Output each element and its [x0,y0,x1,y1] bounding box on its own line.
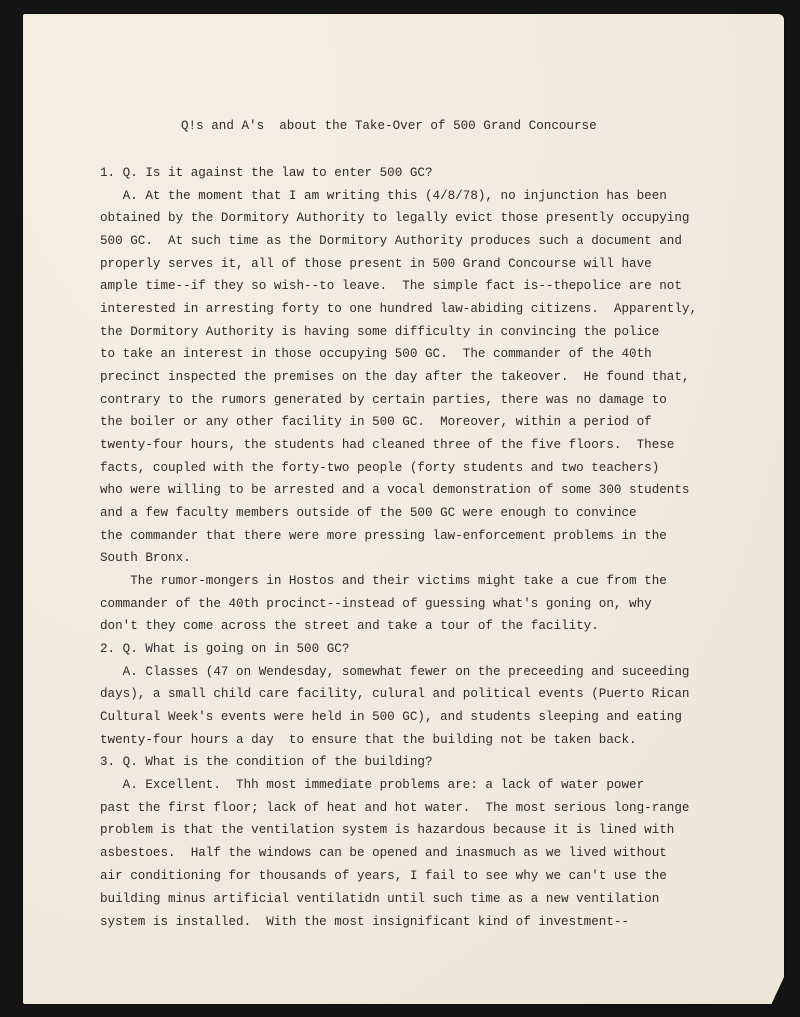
question-1: 1. Q. Is it against the law to enter 500… [100,163,433,183]
answer-3-line: building minus artificial ventilatidn un… [100,889,659,909]
document-title: Q!s and A's about the Take-Over of 500 G… [181,116,597,136]
answer-1-line: the Dormitory Authority is having some d… [100,322,659,342]
answer-3-line: problem is that the ventilation system i… [100,820,674,840]
answer-2-line: Cultural Week's events were held in 500 … [100,707,682,727]
answer-1-line: precinct inspected the premises on the d… [100,367,689,387]
answer-1-line: to take an interest in those occupying 5… [100,344,652,364]
answer-1-paragraph-2: commander of the 40th procinct--instead … [100,594,652,614]
answer-1-line: obtained by the Dormitory Authority to l… [100,208,689,228]
answer-3-line: air conditioning for thousands of years,… [100,866,667,886]
answer-1-line: the commander that there were more press… [100,526,667,546]
answer-2-line: days), a small child care facility, culu… [100,684,689,704]
answer-1-paragraph-2: The rumor-mongers in Hostos and their vi… [100,571,667,591]
answer-2-line: twenty-four hours a day to ensure that t… [100,730,637,750]
answer-1-line: interested in arresting forty to one hun… [100,299,697,319]
answer-1-line: contrary to the rumors generated by cert… [100,390,667,410]
answer-2-line: A. Classes (47 on Wendesday, somewhat fe… [100,662,689,682]
answer-3-line: past the first floor; lack of heat and h… [100,798,689,818]
answer-1-paragraph-2: don't they come across the street and ta… [100,616,599,636]
answer-1-line: A. At the moment that I am writing this … [100,186,667,206]
answer-1-line: South Bronx. [100,548,191,568]
answer-1-line: ample time--if they so wish--to leave. T… [100,276,682,296]
answer-3-line: system is installed. With the most insig… [100,912,629,932]
answer-3-line: A. Excellent. Thh most immediate problem… [100,775,644,795]
answer-1-line: properly serves it, all of those present… [100,254,652,274]
answer-1-line: and a few faculty members outside of the… [100,503,637,523]
answer-1-line: who were willing to be arrested and a vo… [100,480,689,500]
answer-1-line: facts, coupled with the forty-two people… [100,458,659,478]
answer-1-line: 500 GC. At such time as the Dormitory Au… [100,231,682,251]
typewritten-document: Q!s and A's about the Take-Over of 500 G… [0,0,800,1017]
question-3: 3. Q. What is the condition of the build… [100,752,433,772]
answer-1-line: twenty-four hours, the students had clea… [100,435,674,455]
answer-3-line: asbestoes. Half the windows can be opene… [100,843,667,863]
question-2: 2. Q. What is going on in 500 GC? [100,639,349,659]
answer-1-line: the boiler or any other facility in 500 … [100,412,652,432]
